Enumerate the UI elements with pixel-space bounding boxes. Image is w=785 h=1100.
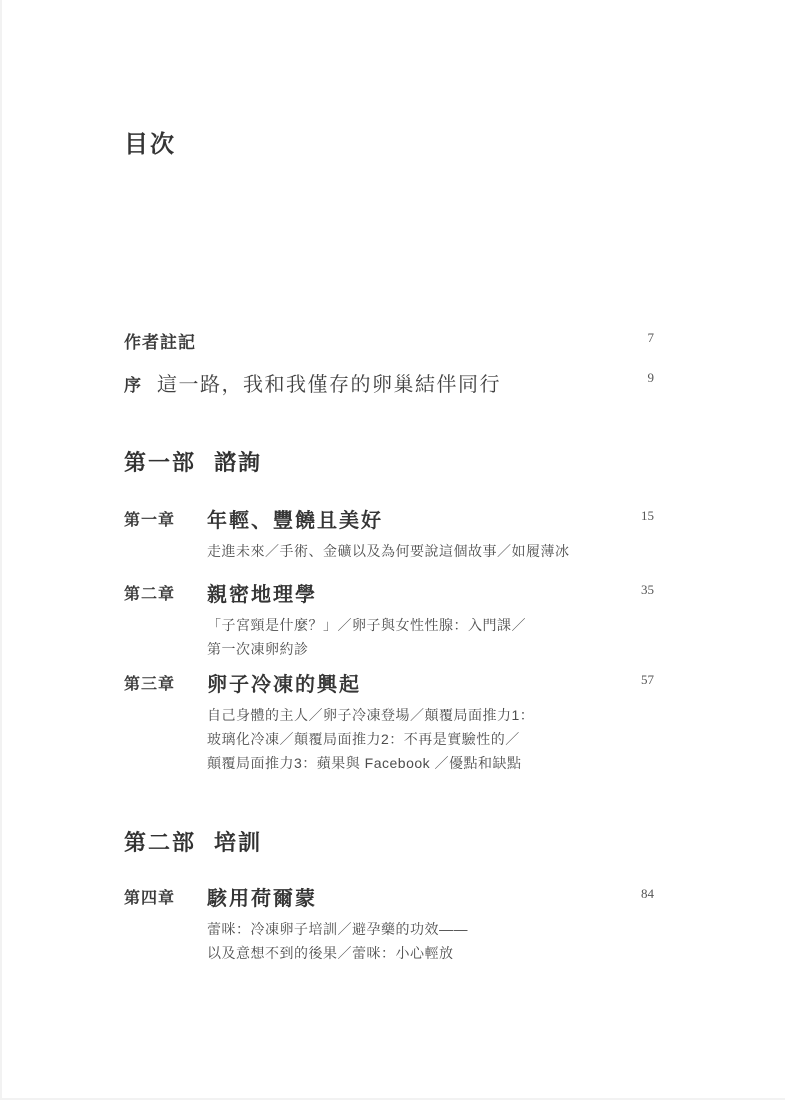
page-number: 9	[648, 368, 655, 386]
chapter-number: 第一章	[124, 504, 207, 563]
page-number: 7	[648, 328, 655, 346]
toc-chapter-3: 第三章 卵子冷凍的興起 自己身體的主人／卵子冷凍登場／顛覆局面推力1： 玻璃化冷…	[124, 668, 654, 775]
chapter-title: 親密地理學	[207, 578, 618, 607]
subtitle-line: 顛覆局面推力3：蘋果與 Facebook ／優點和缺點	[207, 751, 618, 775]
toc-chapter-4: 第四章 駭用荷爾蒙 蕾咪：冷凍卵子培訓／避孕藥的功效—— 以及意想不到的後果／蕾…	[124, 882, 654, 965]
entry-title: 作者註記	[124, 328, 196, 353]
entry-title: 這一路，我和我僅存的卵巢結伴同行	[157, 368, 501, 397]
part-title: 諮詢	[214, 450, 262, 475]
chapter-title: 駭用荷爾蒙	[207, 882, 618, 911]
subtitle-line: 以及意想不到的後果／蕾咪：小心輕放	[207, 941, 618, 965]
chapter-main: 親密地理學 「子宮頸是什麼？」／卵子與女性性腺：入門課／ 第一次凍卵約診	[207, 578, 618, 661]
chapter-subtitle: 蕾咪：冷凍卵子培訓／避孕藥的功效—— 以及意想不到的後果／蕾咪：小心輕放	[207, 917, 618, 965]
part-title: 培訓	[214, 830, 262, 855]
entry-prefix: 序	[124, 371, 141, 396]
subtitle-line: 走進未來／手術、金礦以及為何要說這個故事／如履薄冰	[207, 539, 618, 563]
toc-chapter-1: 第一章 年輕、豐饒且美好 走進未來／手術、金礦以及為何要說這個故事／如履薄冰 1…	[124, 504, 654, 563]
chapter-main: 卵子冷凍的興起 自己身體的主人／卵子冷凍登場／顛覆局面推力1： 玻璃化冷凍／顛覆…	[207, 668, 618, 775]
subtitle-line: 自己身體的主人／卵子冷凍登場／顛覆局面推力1：	[207, 703, 618, 727]
chapter-number: 第四章	[124, 882, 207, 965]
part-heading-2: 第二部培訓	[124, 826, 654, 857]
page-title: 目次	[124, 124, 654, 159]
part-number: 第一部	[124, 450, 196, 475]
chapter-main: 駭用荷爾蒙 蕾咪：冷凍卵子培訓／避孕藥的功效—— 以及意想不到的後果／蕾咪：小心…	[207, 882, 618, 965]
subtitle-line: 蕾咪：冷凍卵子培訓／避孕藥的功效——	[207, 917, 618, 941]
subtitle-line: 玻璃化冷凍／顛覆局面推力2：不再是實驗性的／	[207, 727, 618, 751]
toc-page: 目次 作者註記 7 序 這一路，我和我僅存的卵巢結伴同行 9 第一部諮詢 第一章…	[0, 0, 785, 1100]
toc-chapter-2: 第二章 親密地理學 「子宮頸是什麼？」／卵子與女性性腺：入門課／ 第一次凍卵約診…	[124, 578, 654, 661]
part-heading-1: 第一部諮詢	[124, 446, 654, 477]
chapter-title: 年輕、豐饒且美好	[207, 504, 618, 533]
page-number: 84	[618, 882, 654, 965]
page-number: 35	[618, 578, 654, 661]
part-number: 第二部	[124, 830, 196, 855]
chapter-number: 第二章	[124, 578, 207, 661]
chapter-title: 卵子冷凍的興起	[207, 668, 618, 697]
chapter-subtitle: 走進未來／手術、金礦以及為何要說這個故事／如履薄冰	[207, 539, 618, 563]
chapter-subtitle: 自己身體的主人／卵子冷凍登場／顛覆局面推力1： 玻璃化冷凍／顛覆局面推力2：不再…	[207, 703, 618, 775]
toc-entry-author-note: 作者註記 7	[124, 328, 654, 353]
page-number: 15	[618, 504, 654, 563]
toc-entry-preface: 序 這一路，我和我僅存的卵巢結伴同行 9	[124, 368, 654, 397]
subtitle-line: 「子宮頸是什麼？」／卵子與女性性腺：入門課／	[207, 613, 618, 637]
chapter-subtitle: 「子宮頸是什麼？」／卵子與女性性腺：入門課／ 第一次凍卵約診	[207, 613, 618, 661]
chapter-main: 年輕、豐饒且美好 走進未來／手術、金礦以及為何要說這個故事／如履薄冰	[207, 504, 618, 563]
page-number: 57	[618, 668, 654, 775]
subtitle-line: 第一次凍卵約診	[207, 637, 618, 661]
chapter-number: 第三章	[124, 668, 207, 775]
